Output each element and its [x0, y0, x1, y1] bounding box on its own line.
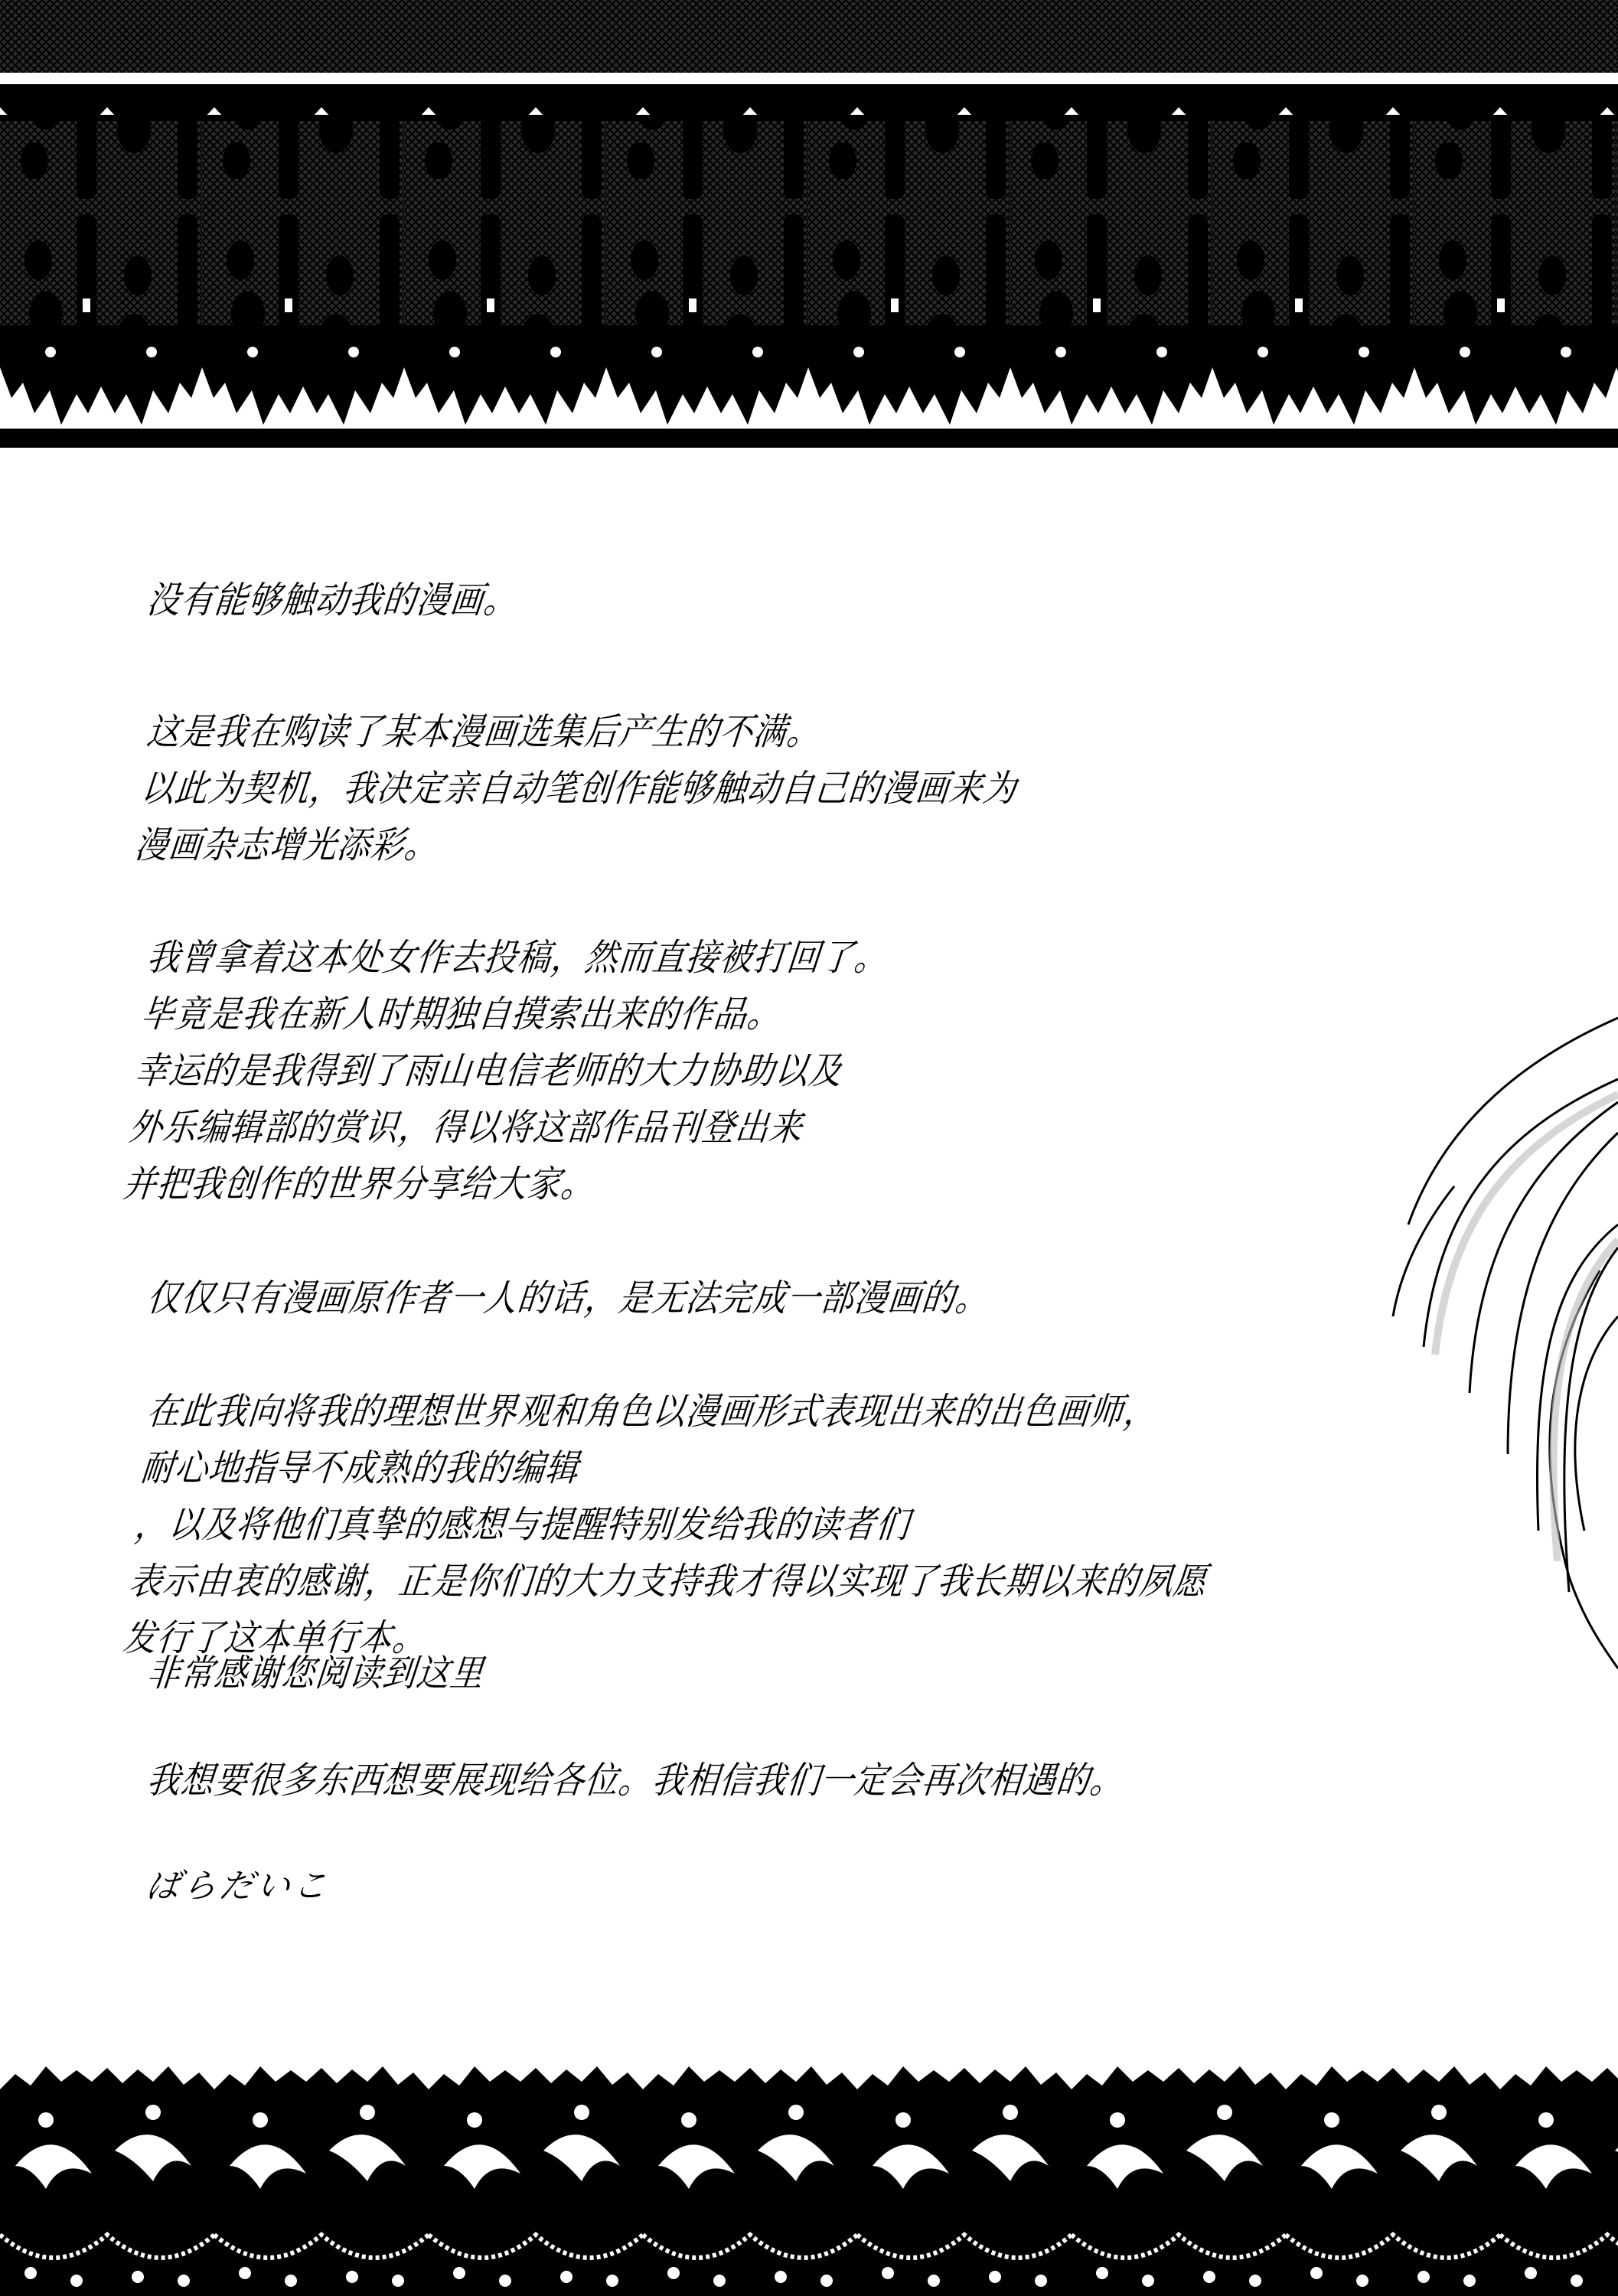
text-line: 外乐编辑部的赏识，得以将这部作品刊登出来 — [126, 1100, 873, 1156]
hair-sketch-illustration — [1378, 995, 1618, 1760]
text-line: 我曾拿着这本处女作去投稿，然而直接被打回了。 — [144, 930, 891, 987]
text-line: 以此为契机，我决定亲自动笔创作能够触动自己的漫画来为 — [138, 761, 1019, 817]
text-line: 非常感谢您阅读到这里 — [144, 1645, 487, 1702]
text-line: 幸运的是我得到了雨山电信老师的大力协助以及 — [132, 1043, 879, 1100]
top-lace-border — [0, 0, 1618, 490]
paragraph-7: 我想要很多东西想要展现给各位。我相信我们一定会再次相遇的。 — [144, 1753, 1127, 1809]
paragraph-1: 没有能够触动我的漫画。 — [144, 572, 520, 629]
text-line: 在此我向将我的理想世界观和角色以漫画形式表现出来的出色画师， — [144, 1384, 1228, 1440]
text-line: 耐心地指导不成熟的我的编辑 — [138, 1440, 1222, 1497]
author-signature: ばらだいこ — [143, 1858, 334, 1907]
text-line: 漫画杂志增光添彩。 — [132, 817, 1014, 874]
paragraph-2: 这是我在购读了某本漫画选集后产生的不满。 以此为契机，我决定亲自动笔创作能够触动… — [132, 704, 1026, 874]
text-line: 表示由衷的感谢，正是你们的大力支持我才得以实现了我长期以来的夙愿 — [126, 1554, 1210, 1610]
text-line: 这是我在购读了某本漫画选集后产生的不满。 — [144, 704, 1026, 761]
text-line: 毕竟是我在新人时期独自摸索出来的作品。 — [138, 987, 885, 1043]
text-line: ，以及将他们真挚的感想与提醒特别发给我的读者们 — [132, 1497, 1216, 1554]
paragraph-4: 仅仅只有漫画原作者一人的话，是无法完成一部漫画的。 — [144, 1270, 992, 1327]
text-line: 没有能够触动我的漫画。 — [144, 572, 520, 629]
bottom-lace-border — [0, 2059, 1618, 2296]
paragraph-5: 在此我向将我的理想世界观和角色以漫画形式表现出来的出色画师， 耐心地指导不成熟的… — [120, 1384, 1228, 1667]
text-line: 并把我创作的世界分享给大家。 — [120, 1156, 867, 1213]
paragraph-6: 非常感谢您阅读到这里 — [144, 1645, 487, 1702]
text-line: 仅仅只有漫画原作者一人的话，是无法完成一部漫画的。 — [144, 1270, 992, 1327]
text-line: 我想要很多东西想要展现给各位。我相信我们一定会再次相遇的。 — [144, 1753, 1127, 1809]
paragraph-3: 我曾拿着这本处女作去投稿，然而直接被打回了。 毕竟是我在新人时期独自摸索出来的作… — [120, 930, 891, 1213]
